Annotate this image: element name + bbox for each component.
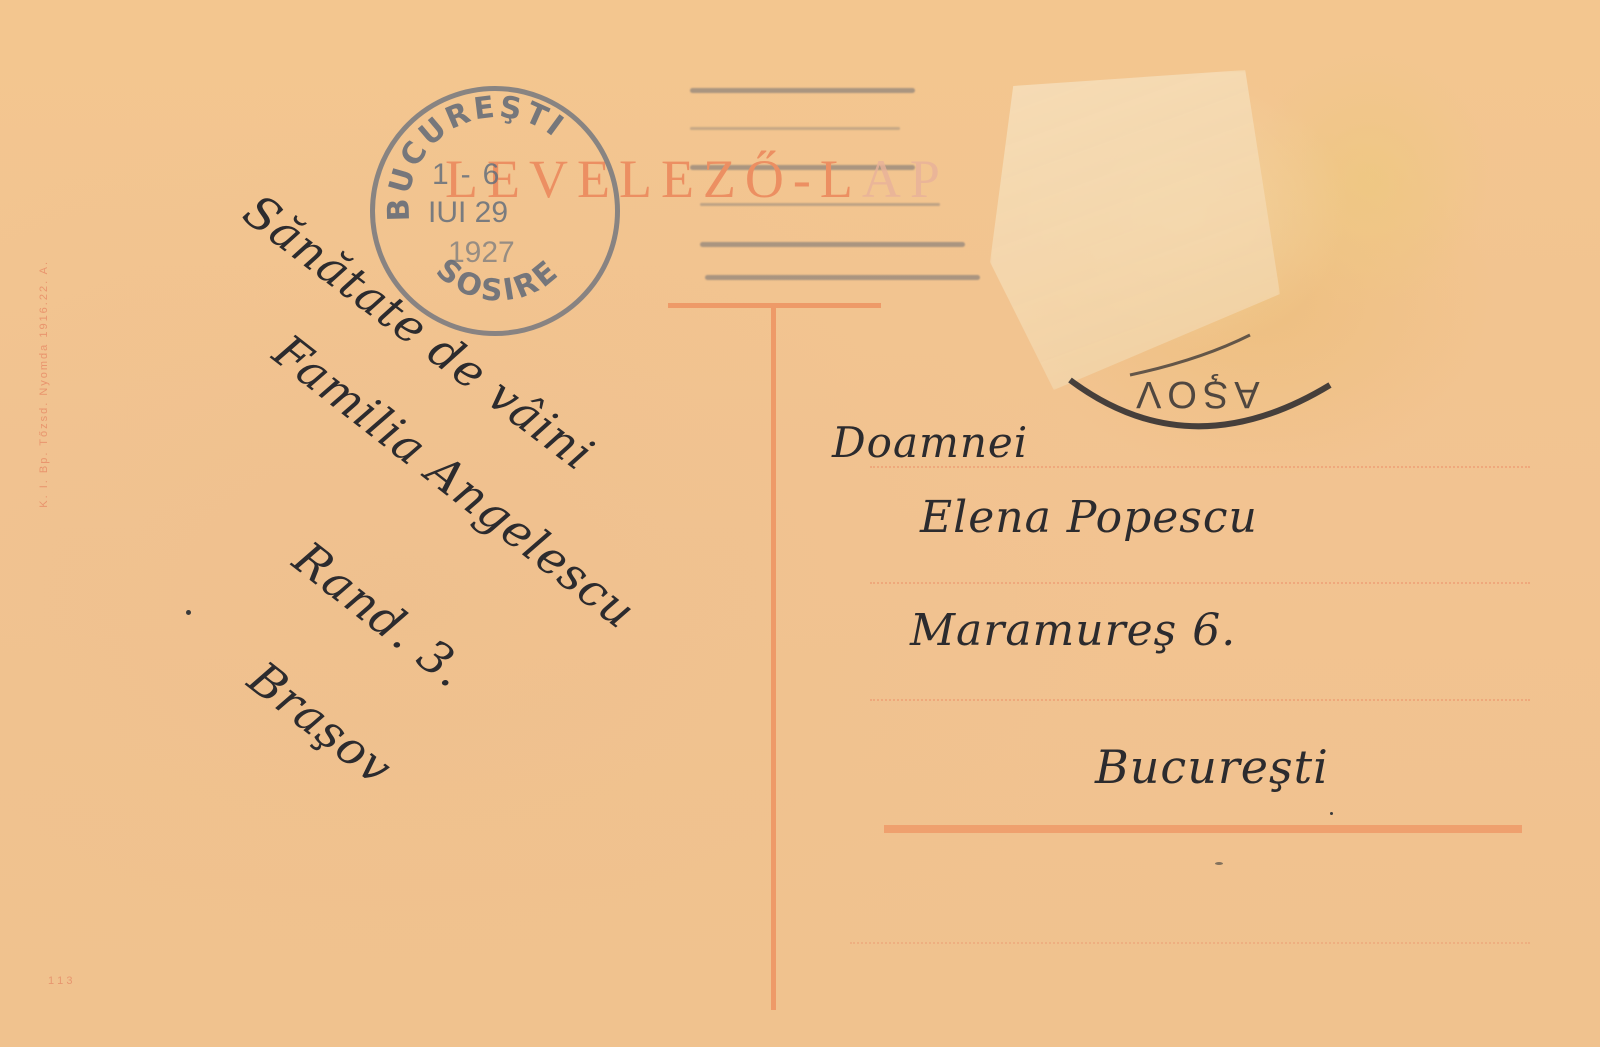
address-city: Bucureşti (1095, 740, 1329, 794)
address-line-2 (870, 582, 1530, 584)
title-faded: AP (862, 149, 949, 209)
postmark-year: 1927 (448, 238, 515, 268)
address-city-rule (884, 825, 1522, 833)
corner-mark: 1 1 3 (48, 975, 72, 987)
postmark-time: 1-6 (432, 160, 511, 190)
address-salutation: Doamnei (832, 418, 1028, 467)
address-line-5 (850, 942, 1530, 944)
message-line-4: Braşov (238, 651, 402, 796)
message-line-3: Rand. 3. (283, 531, 476, 699)
address-street: Maramureş 6. (910, 605, 1236, 656)
center-divider (771, 305, 776, 1010)
postcard: K. I. Bp. Tőzsd. Nyomda 1916.22. A. 1 1 … (0, 0, 1600, 1047)
postmark-city-inverted: AŞOV (1130, 372, 1260, 415)
address-recipient: Elena Popescu (920, 492, 1258, 543)
address-line-3 (870, 699, 1530, 701)
printer-imprint: K. I. Bp. Tőzsd. Nyomda 1916.22. A. (38, 260, 58, 508)
postmark-date: IUI 29 (428, 198, 508, 228)
